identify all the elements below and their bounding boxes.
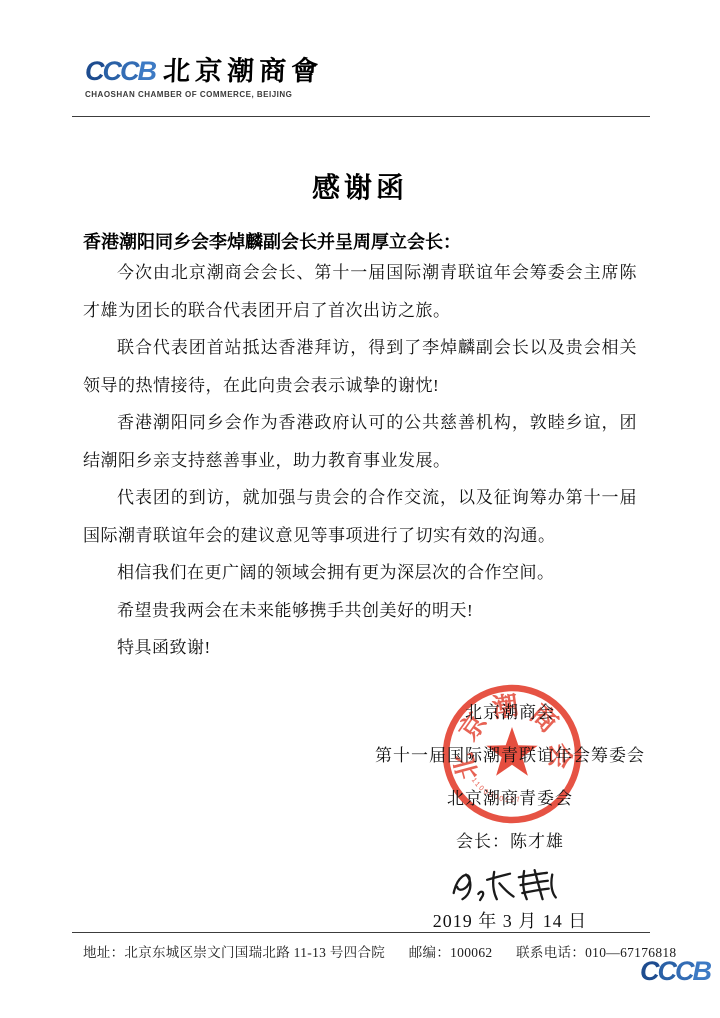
paragraph: 希望贵我两会在未来能够携手共创美好的明天! bbox=[83, 592, 637, 630]
org-name-calligraphy: 北京潮商會 bbox=[163, 58, 324, 85]
cccb-logo: CCCB bbox=[85, 58, 155, 85]
salutation: 香港潮阳同乡会李焯麟副会长并呈周厚立会长： bbox=[83, 230, 637, 254]
paragraph: 香港潮阳同乡会作为香港政府认可的公共慈善机构，敦睦乡谊，团结潮阳乡亲支持慈善事业… bbox=[83, 404, 637, 479]
footer-postcode: 邮编：100062 bbox=[409, 945, 493, 960]
cccb-footer-logo: CCCB bbox=[640, 958, 710, 985]
paragraph: 相信我们在更广阔的领域会拥有更为深层次的合作空间。 bbox=[83, 554, 637, 592]
org-tagline: CHAOSHAN CHAMBER OF COMMERCE, BEIJING bbox=[85, 90, 323, 99]
paragraph: 今次由北京潮商会会长、第十一届国际潮青联谊年会筹委会主席陈才雄为团长的联合代表团… bbox=[83, 254, 637, 329]
signer-org-line: 北京潮商会 bbox=[360, 691, 660, 734]
paragraph: 联合代表团首站抵达香港拜访，得到了李焯麟副会长以及贵会相关领导的热情接待，在此向… bbox=[83, 329, 637, 404]
thank-you-letter-page: CCCB 北京潮商會 CHAOSHAN CHAMBER OF COMMERCE,… bbox=[0, 0, 720, 1018]
handwritten-signature-icon bbox=[435, 864, 585, 908]
signer-title-line: 会长：陈才雄 bbox=[360, 820, 660, 863]
footer-address: 地址：北京东城区崇文门国瑞北路 11-13 号四合院 bbox=[83, 945, 385, 960]
paragraph: 代表团的到访，就加强与贵会的合作交流，以及征询筹办第十一届国际潮青联谊年会的建议… bbox=[83, 479, 637, 554]
letter-date: 2019 年 3 月 14 日 bbox=[360, 908, 660, 934]
letter-body: 感谢函 香港潮阳同乡会李焯麟副会长并呈周厚立会长： 今次由北京潮商会会长、第十一… bbox=[83, 116, 637, 934]
letter-title: 感谢函 bbox=[83, 166, 637, 206]
signature-block: 北 京 潮 商 会 1100000127 北京潮商会 第十一届国际潮青联谊年会筹… bbox=[360, 691, 660, 934]
handwritten-signature bbox=[360, 864, 660, 908]
signer-org-line: 北京潮商青委会 bbox=[360, 777, 660, 820]
footer-contact-info: 地址：北京东城区崇文门国瑞北路 11-13 号四合院 邮编：100062 联系电… bbox=[83, 941, 676, 961]
letterhead: CCCB 北京潮商會 CHAOSHAN CHAMBER OF COMMERCE,… bbox=[85, 58, 323, 99]
paragraph: 特具函致谢! bbox=[83, 629, 637, 667]
signer-org-line: 第十一届国际潮青联谊年会筹委会 bbox=[360, 734, 660, 777]
